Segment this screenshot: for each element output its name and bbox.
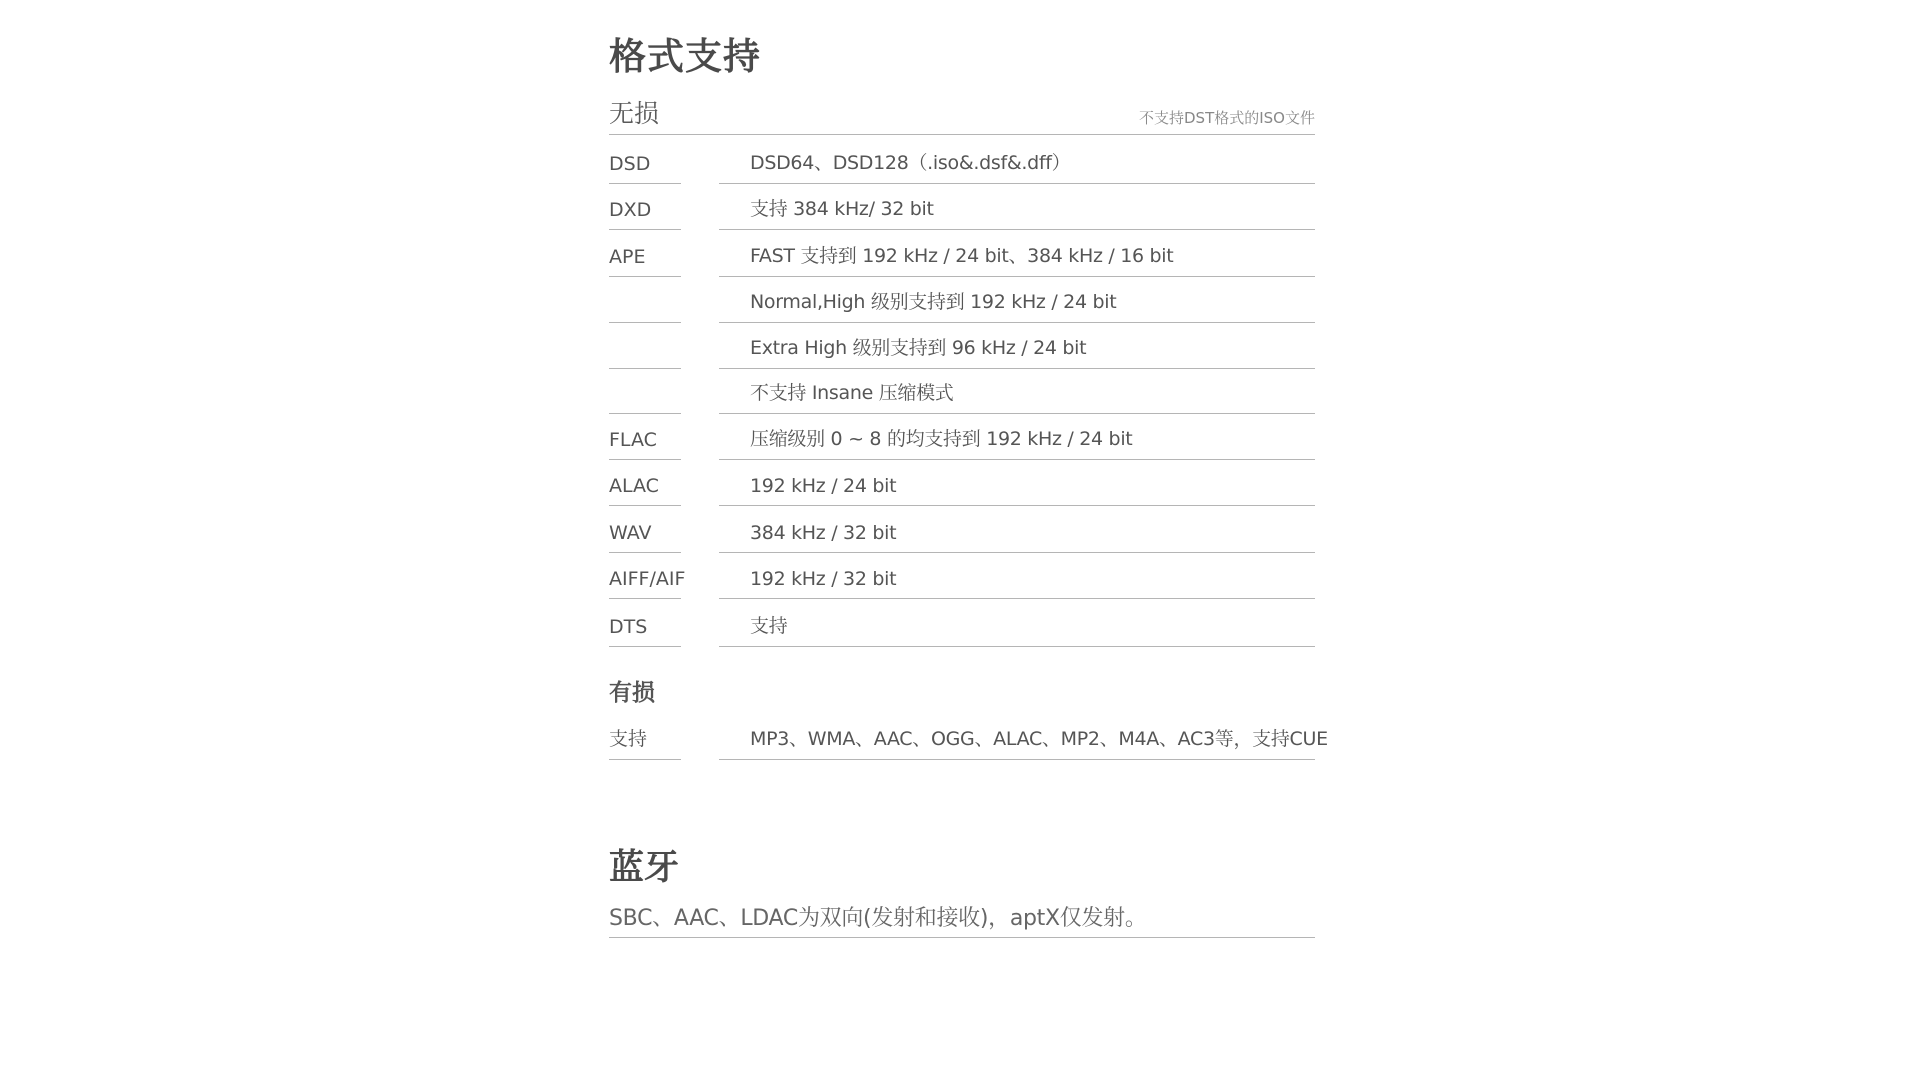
table-row: ALAC 192 kHz / 24 bit — [609, 466, 1315, 506]
table-row: DXD 支持 384 kHz/ 32 bit — [609, 190, 1315, 230]
row-key: 支持 — [609, 724, 647, 751]
table-row: Extra High 级别支持到 96 kHz / 24 bit — [609, 329, 1315, 369]
row-key: DTS — [609, 616, 647, 638]
row-value: MP3、WMA、AAC、OGG、ALAC、MP2、M4A、AC3等，支持CUE — [750, 724, 1328, 751]
table-row: APE FAST 支持到 192 kHz / 24 bit、384 kHz / … — [609, 237, 1315, 277]
row-key: DSD — [609, 153, 650, 175]
row-value: 384 kHz / 32 bit — [750, 522, 896, 544]
table-row: FLAC 压缩级别 0 ~ 8 的均支持到 192 kHz / 24 bit — [609, 420, 1315, 460]
row-key: WAV — [609, 522, 652, 544]
lossless-note: 不支持DST格式的ISO文件 — [1139, 107, 1315, 128]
row-key: ALAC — [609, 475, 659, 497]
bluetooth-title: 蓝牙 — [609, 840, 679, 890]
table-row: AIFF/AIF 192 kHz / 32 bit — [609, 559, 1315, 599]
row-value: 支持 384 kHz/ 32 bit — [750, 194, 934, 221]
format-support-title: 格式支持 — [609, 26, 761, 80]
lossy-heading: 有损 — [609, 674, 655, 707]
row-key: APE — [609, 246, 645, 268]
table-row: 不支持 Insane 压缩模式 — [609, 374, 1315, 414]
row-value: Extra High 级别支持到 96 kHz / 24 bit — [750, 333, 1086, 360]
row-value: 192 kHz / 32 bit — [750, 568, 896, 590]
row-value: 不支持 Insane 压缩模式 — [750, 378, 954, 405]
bluetooth-text: SBC、AAC、LDAC为双向(发射和接收)，aptX仅发射。 — [609, 901, 1147, 932]
lossless-heading-bar: 无损 不支持DST格式的ISO文件 — [609, 102, 1315, 135]
bluetooth-codecs: SBC、AAC、LDAC为双向(发射和接收)，aptX仅发射。 — [609, 900, 1315, 938]
table-row: WAV 384 kHz / 32 bit — [609, 513, 1315, 553]
row-key: DXD — [609, 199, 651, 221]
table-row: DTS 支持 — [609, 607, 1315, 647]
table-row: Normal,High 级别支持到 192 kHz / 24 bit — [609, 283, 1315, 323]
row-value: 192 kHz / 24 bit — [750, 475, 896, 497]
row-value: 压缩级别 0 ~ 8 的均支持到 192 kHz / 24 bit — [750, 424, 1132, 451]
row-value: FAST 支持到 192 kHz / 24 bit、384 kHz / 16 b… — [750, 241, 1173, 268]
table-row: 支持 MP3、WMA、AAC、OGG、ALAC、MP2、M4A、AC3等，支持C… — [609, 720, 1315, 760]
lossless-heading: 无损 — [609, 94, 659, 130]
row-value: DSD64、DSD128（.iso&.dsf&.dff） — [750, 148, 1070, 175]
row-value: 支持 — [750, 611, 787, 638]
row-key: AIFF/AIF — [609, 568, 685, 590]
table-row: DSD DSD64、DSD128（.iso&.dsf&.dff） — [609, 144, 1315, 184]
row-value: Normal,High 级别支持到 192 kHz / 24 bit — [750, 287, 1116, 314]
row-key: FLAC — [609, 429, 657, 451]
